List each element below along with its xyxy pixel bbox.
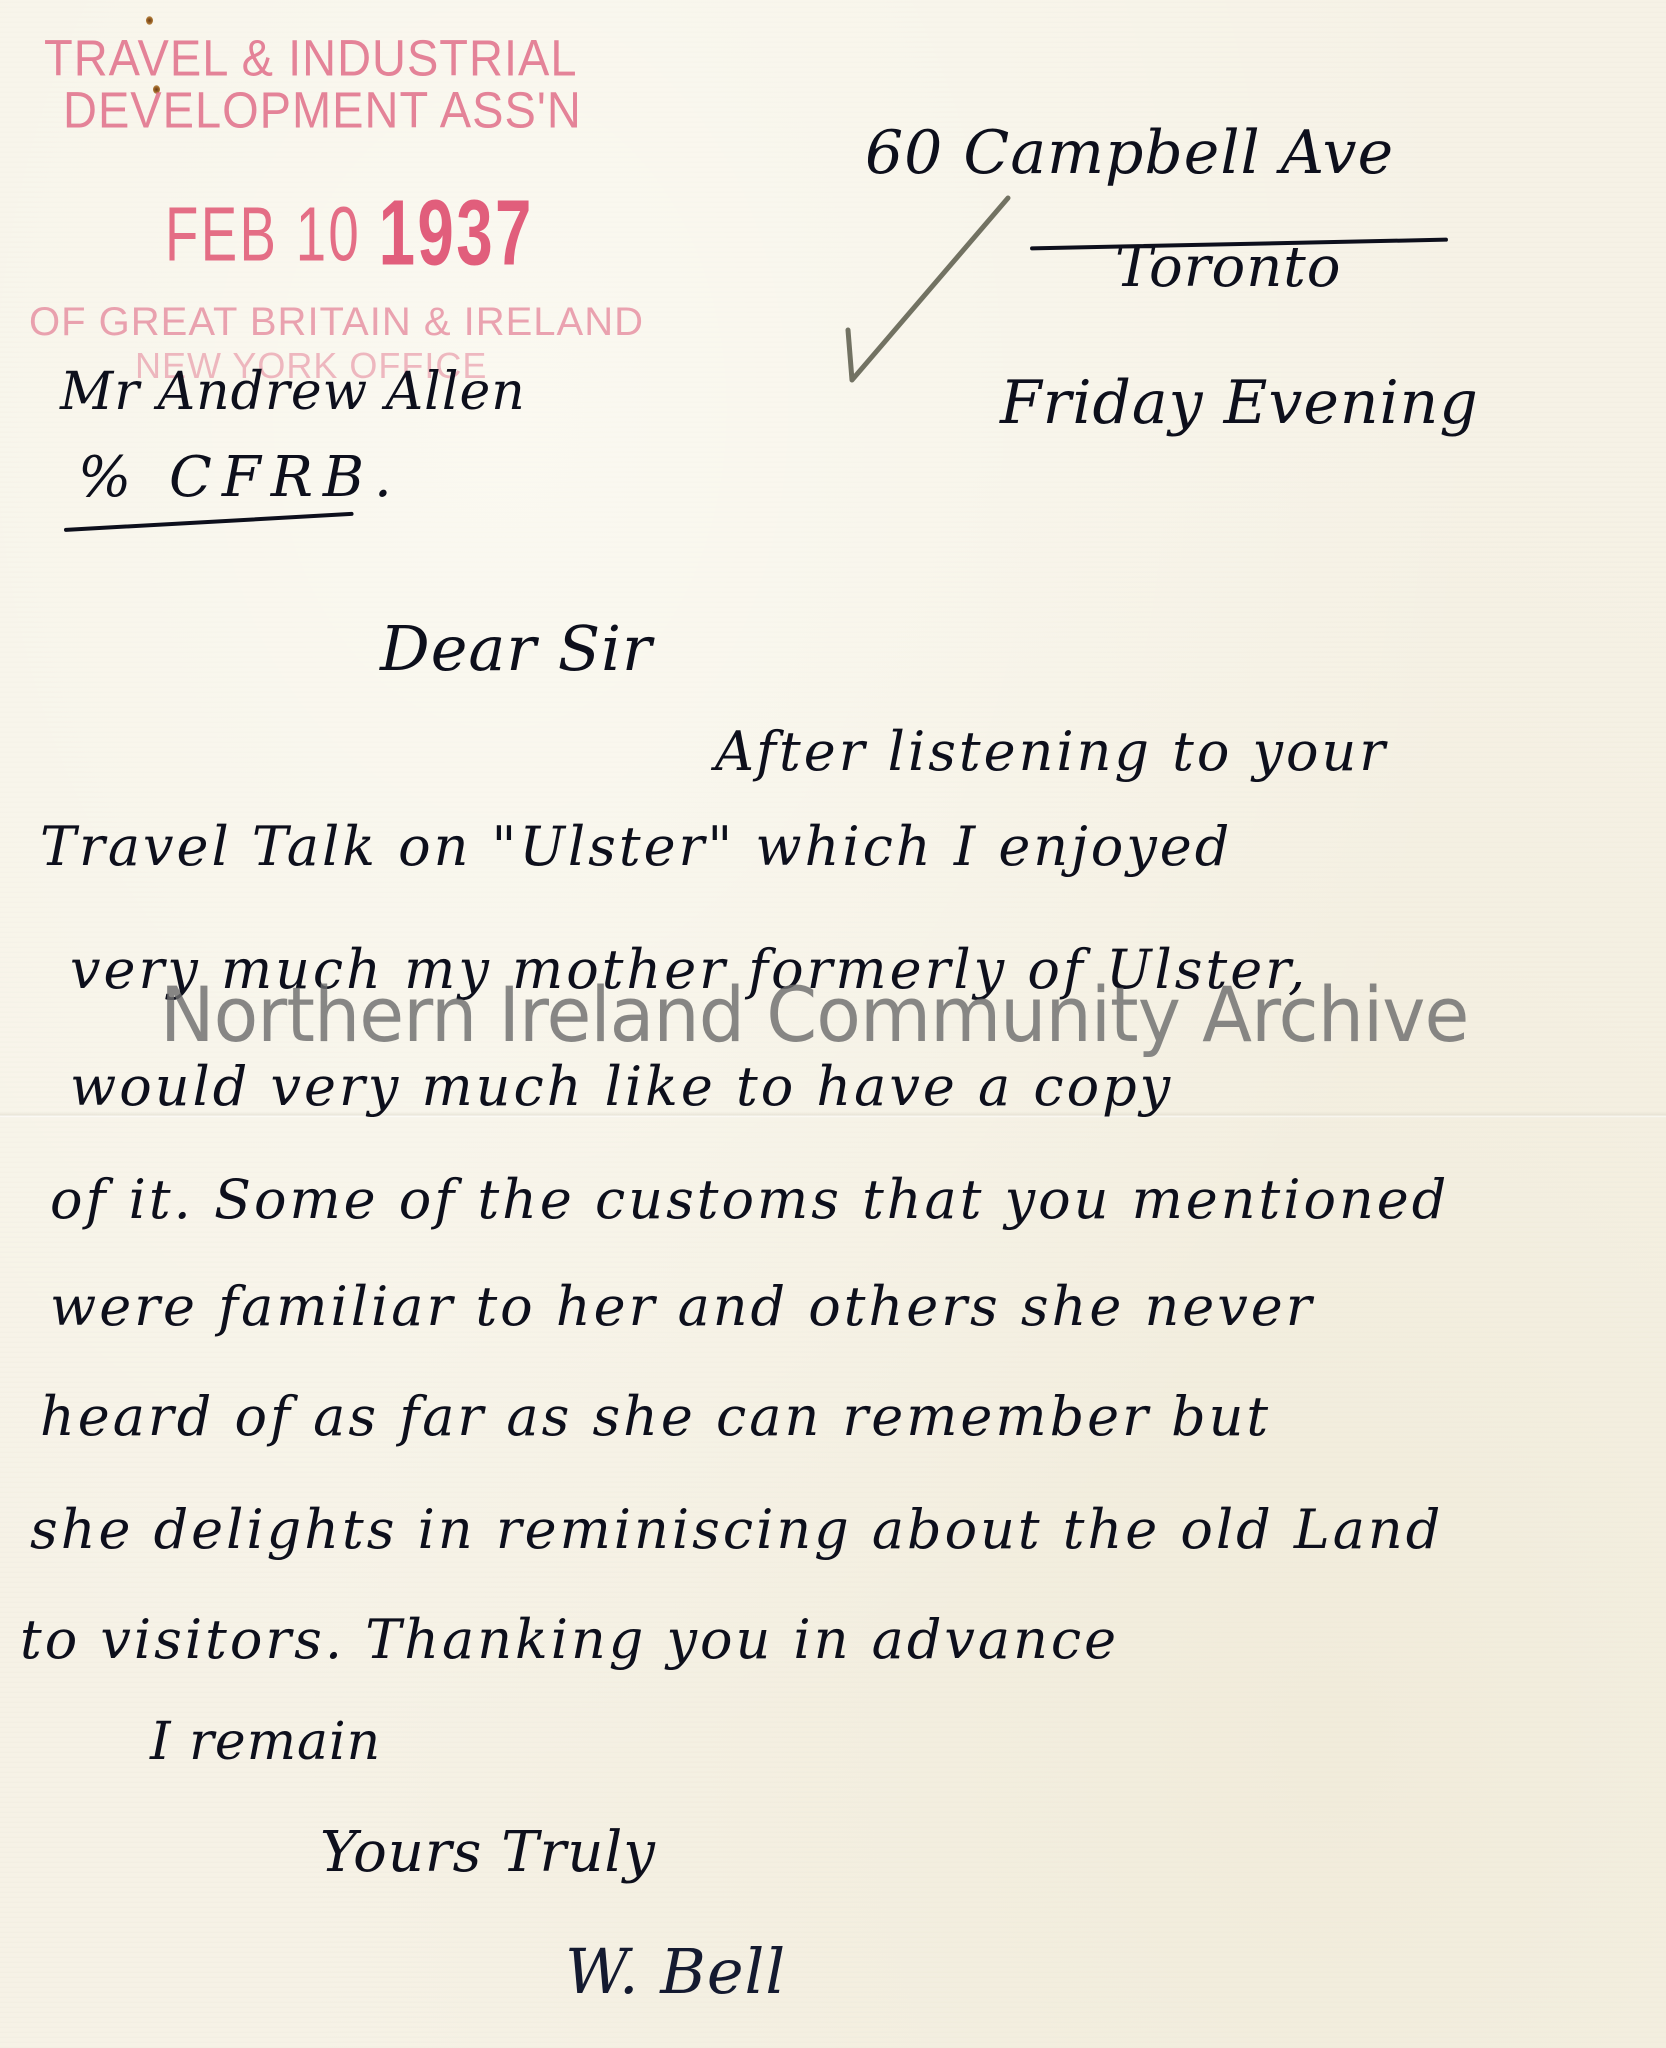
signature: W. Bell [565,1935,786,2008]
recipient-care-of: % CFRB. [78,445,402,510]
recipient-underline [64,512,354,532]
body-line: After listening to your [715,720,1388,783]
sender-street: 60 Campbell Ave [865,118,1394,188]
body-line: would very much like to have a copy [70,1055,1173,1118]
recipient-name: Mr Andrew Allen [60,362,526,422]
body-line: she delights in reminiscing about the ol… [30,1498,1443,1561]
sender-city: Toronto [1115,235,1342,300]
stamp-date-month-day: FEB 10 [165,191,361,277]
stamp-organization-line2: DEVELOPMENT ASS'N [63,80,582,139]
checkmark-icon [830,180,1050,400]
body-line: heard of as far as she can remember but [40,1385,1271,1448]
body-line: to visitors. Thanking you in advance [20,1608,1119,1671]
closing-remain: I remain [150,1712,381,1772]
greeting: Dear Sir [380,612,653,685]
stamp-organization-line1: TRAVEL & INDUSTRIAL [44,28,578,87]
archive-watermark: Northern Ireland Community Archive [160,970,1468,1059]
closing-yours-truly: Yours Truly [320,1820,656,1885]
dateline: Friday Evening [1000,368,1479,438]
stamp-date: FEB 10 1937 [165,180,534,287]
body-line: were familiar to her and others she neve… [50,1275,1315,1338]
stamp-organization-line3: OF GREAT BRITAIN & IRELAND [29,300,644,345]
body-line: Travel Talk on "Ulster" which I enjoyed [40,815,1232,878]
stamp-date-year: 1937 [379,181,534,284]
rust-stain [146,16,153,25]
body-line: of it. Some of the customs that you ment… [50,1168,1449,1231]
